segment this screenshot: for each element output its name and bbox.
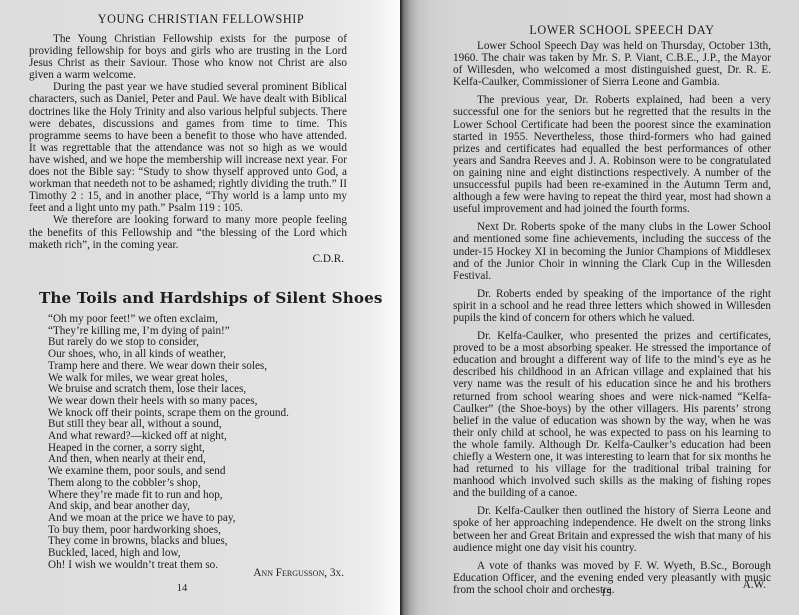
fellowship-article-body: The Young Christian Fellowship exists fo… — [29, 33, 347, 251]
left-page: YOUNG CHRISTIAN FELLOWSHIP The Young Chr… — [0, 0, 401, 615]
poem-lines: “Oh my poor feet!” we often exclaim, “Th… — [48, 314, 289, 571]
article-heading-young-christian-fellowship: YOUNG CHRISTIAN FELLOWSHIP — [60, 12, 342, 27]
signature-cdr: C.D.R. — [313, 253, 344, 265]
poem-line: “Oh my poor feet!” we often exclaim, — [48, 314, 289, 326]
paragraph: Dr. Kelfa-Caulker then outlined the hist… — [453, 505, 771, 553]
poem-author: Ann Fergusson, 3x. — [253, 567, 344, 579]
poem-line: Buckled, laced, high and low, — [48, 548, 289, 560]
paragraph: Dr. Roberts ended by speaking of the imp… — [453, 288, 771, 324]
page-number-right: 15 — [586, 588, 626, 599]
poem-line: Tramp here and there. We wear down their… — [48, 361, 289, 373]
poem-title: The Toils and Hardships of Silent Shoes — [39, 289, 383, 307]
paragraph: During the past year we have studied sev… — [29, 81, 347, 214]
article-heading-lower-school-speech-day: LOWER SCHOOL SPEECH DAY — [516, 23, 728, 38]
paragraph: We therefore are looking forward to many… — [29, 214, 347, 250]
paragraph: The previous year, Dr. Roberts explained… — [453, 94, 771, 215]
poem-line: Them along to the cobbler’s shop, — [48, 478, 289, 490]
signature-aw: A.W. — [743, 579, 766, 591]
page-number-left: 14 — [162, 583, 202, 594]
paragraph: Next Dr. Roberts spoke of the many clubs… — [453, 221, 771, 281]
poem-line: We wear down their heels with so many pa… — [48, 396, 289, 408]
poem-line: And we moan at the price we have to pay, — [48, 513, 289, 525]
right-page: LOWER SCHOOL SPEECH DAY Lower School Spe… — [401, 0, 799, 615]
paragraph: Dr. Kelfa-Caulker, who presented the pri… — [453, 330, 771, 499]
paragraph: Lower School Speech Day was held on Thur… — [453, 40, 771, 88]
paragraph: The Young Christian Fellowship exists fo… — [29, 33, 347, 81]
speech-day-article-body: Lower School Speech Day was held on Thur… — [453, 40, 771, 596]
poem-line: And what reward?—kicked off at night, — [48, 431, 289, 443]
